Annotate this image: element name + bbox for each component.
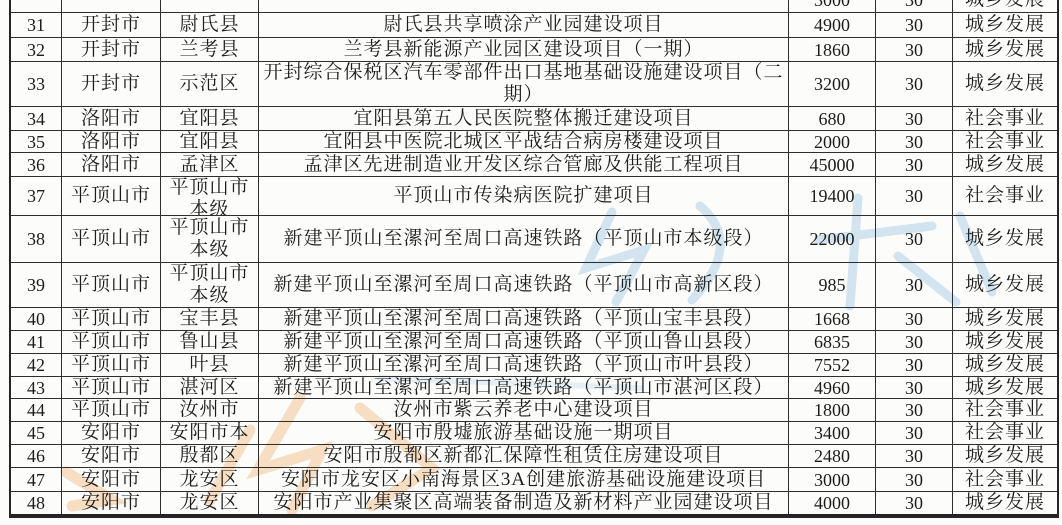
cell-project-name: 平顶山市传染病医院扩建项目 xyxy=(259,177,789,215)
cell-quota: 30 xyxy=(876,131,953,152)
cell-project-name: 宜阳县中医院北城区平战结合病房楼建设项目 xyxy=(259,131,789,152)
cell-quota: 30 xyxy=(876,422,953,444)
cell-index: 38 xyxy=(11,216,62,262)
cell-city: 洛阳市 xyxy=(62,107,161,130)
cell-category: 社会事业 xyxy=(953,107,1057,130)
cell-category: 城乡发展 xyxy=(953,62,1057,106)
cell-quota: 30 xyxy=(876,153,953,176)
cell-county: 宜阳县 xyxy=(161,131,259,152)
cell-quota: 30 xyxy=(876,216,953,262)
cell-city: 平顶山市 xyxy=(62,331,161,353)
cell-index: 40 xyxy=(11,308,62,330)
cell-index: 45 xyxy=(11,422,62,444)
cell-amount: 3200 xyxy=(789,62,876,106)
cell-category: 社会事业 xyxy=(953,399,1057,421)
cell-category: 社会事业 xyxy=(953,468,1057,491)
cell-county: 龙安区 xyxy=(161,468,259,491)
cell-index: 34 xyxy=(11,107,62,130)
cell-quota: 30 xyxy=(876,468,953,491)
cell-amount: 985 xyxy=(789,263,876,307)
cell-amount: 2480 xyxy=(789,445,876,467)
cell-index: 31 xyxy=(11,13,62,37)
cell-project-name: 孟津区先进制造业开发区综合管廊及供能工程项目 xyxy=(259,153,789,176)
cell-quota: 30 xyxy=(876,354,953,376)
cell-county: 湛河区 xyxy=(161,377,259,398)
table-row: 3000 30 城乡发展 xyxy=(11,0,1057,13)
cell-city: 平顶山市 xyxy=(62,308,161,330)
cell-quota: 30 xyxy=(876,308,953,330)
cell-index: 42 xyxy=(11,354,62,376)
cell-project-name xyxy=(259,0,789,12)
cell-county: 叶县 xyxy=(161,354,259,376)
cell-county: 宜阳县 xyxy=(161,107,259,130)
cell-amount: 7552 xyxy=(789,354,876,376)
cell-city: 平顶山市 xyxy=(62,177,161,215)
cell-index: 39 xyxy=(11,263,62,307)
table-row: 48 安阳市 龙安区 安阳市产业集聚区高端装备制造及新材料产业园建设项目 400… xyxy=(11,492,1057,516)
cell-city xyxy=(62,0,161,12)
cell-amount: 1800 xyxy=(789,399,876,421)
cell-project-name: 安阳市产业集聚区高端装备制造及新材料产业园建设项目 xyxy=(259,492,789,514)
document-table: 3000 30 城乡发展 31 开封市 尉氏县 尉氏县共享喷涂产业园建设项目 4… xyxy=(9,0,1059,518)
cell-project-name: 开封综合保税区汽车零部件出口基地基础设施建设项目（二期） xyxy=(259,62,789,106)
table-row: 34 洛阳市 宜阳县 宜阳县第五人民医院整体搬迁建设项目 680 30 社会事业 xyxy=(11,107,1057,131)
cell-county: 龙安区 xyxy=(161,492,259,514)
cell-project-name: 安阳市龙安区小南海景区3A创建旅游基础设施建设项目 xyxy=(259,468,789,491)
cell-city: 开封市 xyxy=(62,38,161,61)
cell-amount: 3000 xyxy=(789,468,876,491)
cell-city: 平顶山市 xyxy=(62,399,161,421)
cell-index: 33 xyxy=(11,62,62,106)
cell-index: 47 xyxy=(11,468,62,491)
cell-county: 孟津区 xyxy=(161,153,259,176)
cell-project-name: 安阳市殷都区新都汇保障性租赁住房建设项目 xyxy=(259,445,789,467)
cell-quota: 30 xyxy=(876,263,953,307)
cell-index: 37 xyxy=(11,177,62,215)
table-row: 31 开封市 尉氏县 尉氏县共享喷涂产业园建设项目 4900 30 城乡发展 xyxy=(11,13,1057,38)
cell-quota: 30 xyxy=(876,492,953,514)
scanned-document-page: 3000 30 城乡发展 31 开封市 尉氏县 尉氏县共享喷涂产业园建设项目 4… xyxy=(0,0,1062,525)
cell-county: 汝州市 xyxy=(161,399,259,421)
cell-city: 洛阳市 xyxy=(62,153,161,176)
cell-category: 城乡发展 xyxy=(953,377,1057,398)
cell-amount: 19400 xyxy=(789,177,876,215)
cell-city: 安阳市 xyxy=(62,492,161,514)
cell-category: 城乡发展 xyxy=(953,492,1057,514)
cell-category: 城乡发展 xyxy=(953,331,1057,353)
cell-index: 32 xyxy=(11,38,62,61)
cell-category: 城乡发展 xyxy=(953,13,1057,37)
cell-category: 城乡发展 xyxy=(953,216,1057,262)
cell-project-name: 新建平顶山至漯河至周口高速铁路（平顶山市高新区段） xyxy=(259,263,789,307)
cell-quota: 30 xyxy=(876,331,953,353)
cell-category: 城乡发展 xyxy=(953,354,1057,376)
cell-project-name: 兰考县新能源产业园区建设项目（一期） xyxy=(259,38,789,61)
cell-category: 社会事业 xyxy=(953,177,1057,215)
table-row: 46 安阳市 殷都区 安阳市殷都区新都汇保障性租赁住房建设项目 2480 30 … xyxy=(11,445,1057,468)
cell-index: 36 xyxy=(11,153,62,176)
cell-county: 平顶山市本级 xyxy=(161,177,259,215)
cell-county: 示范区 xyxy=(161,62,259,106)
cell-index: 41 xyxy=(11,331,62,353)
table-row: 37 平顶山市 平顶山市本级 平顶山市传染病医院扩建项目 19400 30 社会… xyxy=(11,177,1057,216)
cell-city: 洛阳市 xyxy=(62,131,161,152)
cell-quota: 30 xyxy=(876,62,953,106)
cell-project-name: 新建平顶山至漯河至周口高速铁路（平顶山市本级段） xyxy=(259,216,789,262)
cell-county: 尉氏县 xyxy=(161,13,259,37)
cell-amount: 6835 xyxy=(789,331,876,353)
cell-category: 城乡发展 xyxy=(953,0,1057,12)
table-row: 42 平顶山市 叶县 新建平顶山至漯河至周口高速铁路（平顶山市叶县段） 7552… xyxy=(11,354,1057,377)
cell-index xyxy=(11,0,62,12)
cell-county: 平顶山市本级 xyxy=(161,263,259,307)
cell-index: 46 xyxy=(11,445,62,467)
cell-index: 48 xyxy=(11,492,62,514)
table-row: 47 安阳市 龙安区 安阳市龙安区小南海景区3A创建旅游基础设施建设项目 300… xyxy=(11,468,1057,492)
cell-city: 开封市 xyxy=(62,13,161,37)
cell-project-name: 新建平顶山至漯河至周口高速铁路（平顶山市湛河区段） xyxy=(259,377,789,398)
table-row: 33 开封市 示范区 开封综合保税区汽车零部件出口基地基础设施建设项目（二期） … xyxy=(11,62,1057,107)
cell-amount: 22000 xyxy=(789,216,876,262)
cell-category: 城乡发展 xyxy=(953,38,1057,61)
cell-quota: 30 xyxy=(876,38,953,61)
cell-city: 开封市 xyxy=(62,62,161,106)
cell-project-name: 汝州市紫云养老中心建设项目 xyxy=(259,399,789,421)
table-row: 38 平顶山市 平顶山市本级 新建平顶山至漯河至周口高速铁路（平顶山市本级段） … xyxy=(11,216,1057,263)
table-row: 43 平顶山市 湛河区 新建平顶山至漯河至周口高速铁路（平顶山市湛河区段） 49… xyxy=(11,377,1057,399)
cell-amount: 4000 xyxy=(789,492,876,514)
cell-project-name: 新建平顶山至漯河至周口高速铁路（平顶山市叶县段） xyxy=(259,354,789,376)
cell-city: 安阳市 xyxy=(62,468,161,491)
cell-county: 鲁山县 xyxy=(161,331,259,353)
cell-city: 平顶山市 xyxy=(62,216,161,262)
table-row: 40 平顶山市 宝丰县 新建平顶山至漯河至周口高速铁路（平顶山宝丰县段） 166… xyxy=(11,308,1057,331)
cell-quota: 30 xyxy=(876,177,953,215)
table-row: 35 洛阳市 宜阳县 宜阳县中医院北城区平战结合病房楼建设项目 2000 30 … xyxy=(11,131,1057,153)
cell-quota: 30 xyxy=(876,107,953,130)
cell-category: 城乡发展 xyxy=(953,153,1057,176)
cell-category: 社会事业 xyxy=(953,422,1057,444)
cell-index: 35 xyxy=(11,131,62,152)
table-row: 39 平顶山市 平顶山市本级 新建平顶山至漯河至周口高速铁路（平顶山市高新区段）… xyxy=(11,263,1057,308)
cell-county: 殷都区 xyxy=(161,445,259,467)
cell-amount: 1860 xyxy=(789,38,876,61)
cell-city: 平顶山市 xyxy=(62,377,161,398)
cell-quota: 30 xyxy=(876,399,953,421)
cell-project-name: 新建平顶山至漯河至周口高速铁路（平顶山宝丰县段） xyxy=(259,308,789,330)
cell-city: 安阳市 xyxy=(62,422,161,444)
table-row: 36 洛阳市 孟津区 孟津区先进制造业开发区综合管廊及供能工程项目 45000 … xyxy=(11,153,1057,177)
cell-county: 安阳市本 xyxy=(161,422,259,444)
cell-amount: 4900 xyxy=(789,13,876,37)
cell-amount: 680 xyxy=(789,107,876,130)
cell-quota: 30 xyxy=(876,377,953,398)
cell-quota: 30 xyxy=(876,445,953,467)
cell-index: 44 xyxy=(11,399,62,421)
cell-county: 平顶山市本级 xyxy=(161,216,259,262)
cell-project-name: 新建平顶山至漯河至周口高速铁路（平顶山鲁山县段） xyxy=(259,331,789,353)
cell-amount: 45000 xyxy=(789,153,876,176)
table-row: 45 安阳市 安阳市本 安阳市殷墟旅游基础设施一期项目 3400 30 社会事业 xyxy=(11,422,1057,445)
cell-amount: 4960 xyxy=(789,377,876,398)
table-row: 41 平顶山市 鲁山县 新建平顶山至漯河至周口高速铁路（平顶山鲁山县段） 683… xyxy=(11,331,1057,354)
cell-category: 城乡发展 xyxy=(953,308,1057,330)
cell-amount: 3000 xyxy=(789,0,876,12)
cell-city: 安阳市 xyxy=(62,445,161,467)
cell-index: 43 xyxy=(11,377,62,398)
cell-category: 社会事业 xyxy=(953,131,1057,152)
cell-county: 宝丰县 xyxy=(161,308,259,330)
cell-project-name: 尉氏县共享喷涂产业园建设项目 xyxy=(259,13,789,37)
cell-category: 城乡发展 xyxy=(953,263,1057,307)
table-row: 44 平顶山市 汝州市 汝州市紫云养老中心建设项目 1800 30 社会事业 xyxy=(11,399,1057,422)
cell-project-name: 安阳市殷墟旅游基础设施一期项目 xyxy=(259,422,789,444)
cell-county: 兰考县 xyxy=(161,38,259,61)
table-row: 32 开封市 兰考县 兰考县新能源产业园区建设项目（一期） 1860 30 城乡… xyxy=(11,38,1057,62)
cell-category: 城乡发展 xyxy=(953,445,1057,467)
cell-amount: 1668 xyxy=(789,308,876,330)
cell-city: 平顶山市 xyxy=(62,263,161,307)
cell-project-name: 宜阳县第五人民医院整体搬迁建设项目 xyxy=(259,107,789,130)
cell-quota: 30 xyxy=(876,0,953,12)
cell-amount: 2000 xyxy=(789,131,876,152)
cell-quota: 30 xyxy=(876,13,953,37)
cell-city: 平顶山市 xyxy=(62,354,161,376)
cell-county xyxy=(161,0,259,12)
cell-amount: 3400 xyxy=(789,422,876,444)
